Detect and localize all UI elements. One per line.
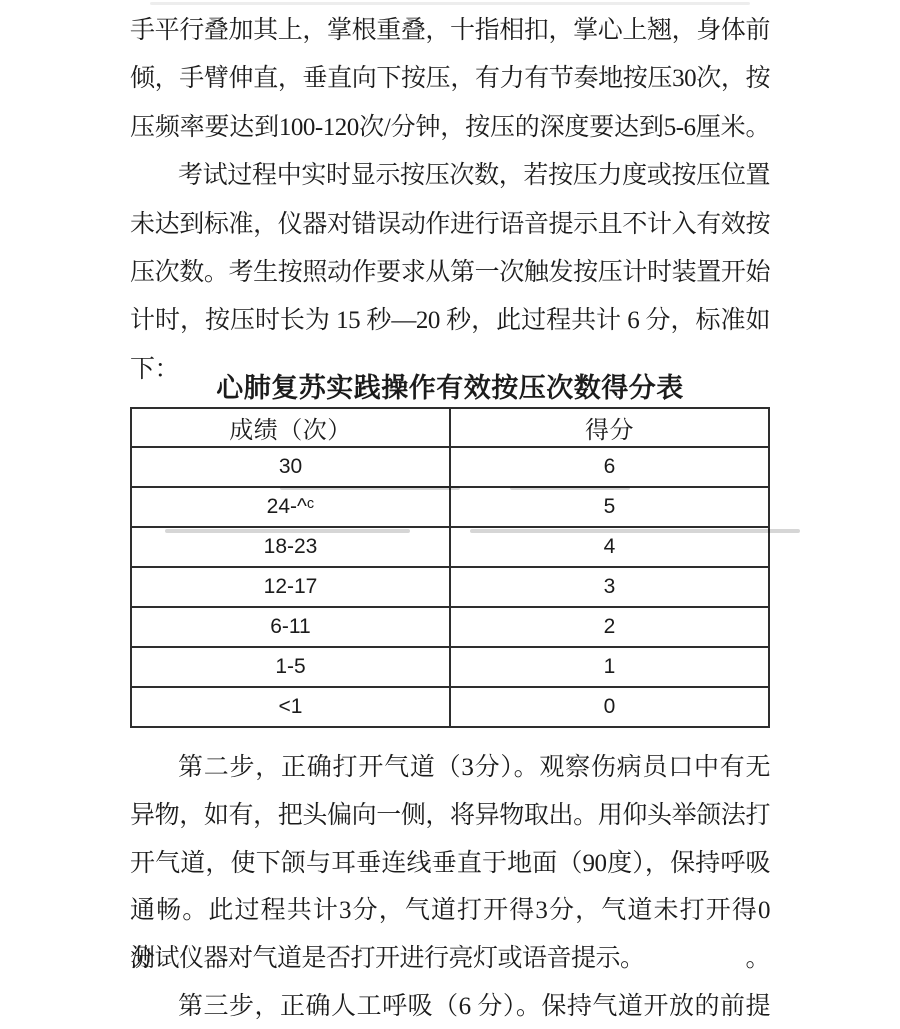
document-page: 手平行叠加其上，掌根重叠，十指相扣，掌心上翘，身体前 倾，手臂伸直，垂直向下按压… bbox=[0, 0, 900, 1029]
table-row: 1-5 1 bbox=[131, 647, 769, 687]
table-cell-points: 5 bbox=[450, 487, 769, 527]
scan-artifact bbox=[470, 529, 800, 533]
body-line: 通畅。此过程共计3分，气道打开得3分，气道未打开得0分。 bbox=[130, 887, 770, 935]
table-cell-points: 0 bbox=[450, 687, 769, 727]
scan-artifact bbox=[165, 529, 410, 533]
body-line: 计时，按压时长为 15 秒—20 秒，此过程共计 6 分，标准如 bbox=[130, 297, 770, 345]
scan-artifact bbox=[510, 486, 630, 490]
body-line: 未达到标准，仪器对错误动作进行语音提示且不计入有效按 bbox=[130, 201, 770, 249]
body-line: 倾，手臂伸直，垂直向下按压，有力有节奏地按压30次，按 bbox=[130, 55, 770, 103]
paragraphs-after-table: 第二步，正确打开气道（3分）。观察伤病员口中有无 异物，如有，把头偏向一侧，将异… bbox=[130, 744, 770, 1029]
table-cell-points: 3 bbox=[450, 567, 769, 607]
scan-artifact bbox=[280, 486, 460, 490]
table-row: 30 6 bbox=[131, 447, 769, 487]
table-row: <1 0 bbox=[131, 687, 769, 727]
table-cell-score: 12-17 bbox=[131, 567, 450, 607]
table-cell-score: 6-11 bbox=[131, 607, 450, 647]
table-cell-score: 30 bbox=[131, 447, 450, 487]
body-line: 压次数。考生按照动作要求从第一次触发按压计时装置开始 bbox=[130, 249, 770, 297]
table-cell-points: 4 bbox=[450, 527, 769, 567]
body-line: 第三步，正确人工呼吸（6 分）。保持气道开放的前提下， bbox=[130, 983, 770, 1029]
body-line: 开气道，使下颌与耳垂连线垂直于地面（90度），保持呼吸 bbox=[130, 840, 770, 888]
table-row: 6-11 2 bbox=[131, 607, 769, 647]
table-row: 24-^ᶜ 5 bbox=[131, 487, 769, 527]
table-title: 心肺复苏实践操作有效按压次数得分表 bbox=[130, 371, 770, 405]
table-header-points: 得分 bbox=[450, 408, 769, 447]
body-line: 考试过程中实时显示按压次数，若按压力度或按压位置 bbox=[130, 152, 770, 200]
table-cell-score: <1 bbox=[131, 687, 450, 727]
table-row: 18-23 4 bbox=[131, 527, 769, 567]
scan-artifact bbox=[150, 2, 750, 5]
table-header-row: 成绩（次） 得分 bbox=[131, 408, 769, 447]
table-cell-points: 6 bbox=[450, 447, 769, 487]
body-line: 手平行叠加其上，掌根重叠，十指相扣，掌心上翘，身体前 bbox=[130, 7, 770, 55]
table-cell-points: 2 bbox=[450, 607, 769, 647]
score-table: 成绩（次） 得分 30 6 24-^ᶜ 5 18-23 4 12-17 3 6- bbox=[130, 407, 770, 728]
body-line: 压频率要达到100-120次/分钟，按压的深度要达到5-6厘米。 bbox=[130, 104, 770, 152]
table-cell-score: 24-^ᶜ bbox=[131, 487, 450, 527]
table-cell-score: 18-23 bbox=[131, 527, 450, 567]
table-header-score: 成绩（次） bbox=[131, 408, 450, 447]
table-cell-score: 1-5 bbox=[131, 647, 450, 687]
body-line: 第二步，正确打开气道（3分）。观察伤病员口中有无 bbox=[130, 744, 770, 792]
body-line: 异物，如有，把头偏向一侧，将异物取出。用仰头举颌法打 bbox=[130, 792, 770, 840]
table-cell-points: 1 bbox=[450, 647, 769, 687]
paragraphs-before-table: 手平行叠加其上，掌根重叠，十指相扣，掌心上翘，身体前 倾，手臂伸直，垂直向下按压… bbox=[130, 7, 770, 394]
table-row: 12-17 3 bbox=[131, 567, 769, 607]
